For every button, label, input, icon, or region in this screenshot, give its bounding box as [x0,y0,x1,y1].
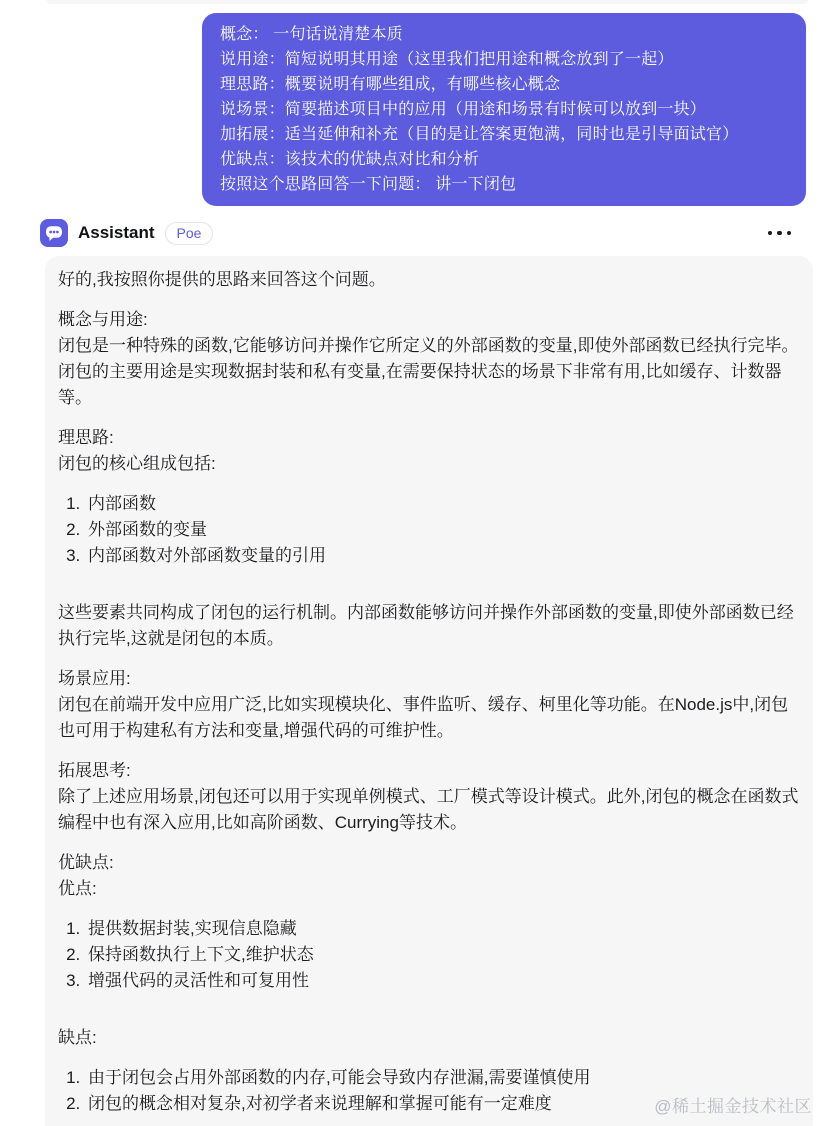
response-line: 理思路: [58,425,800,451]
response-paragraph: 理思路:闭包的核心组成包括: [58,425,800,477]
user-message-line: 说场景：简要描述项目中的应用（用途和场景有时候可以放到一块） [220,97,788,122]
response-list-item: 提供数据封装,实现信息隐藏 [85,916,800,942]
response-line: 这些要素共同构成了闭包的运行机制。内部函数能够访问并操作外部函数的变量,即使外部… [58,600,800,652]
user-message-line: 理思路：概要说明有哪些组成，有哪些核心概念 [220,72,788,97]
response-paragraph: 拓展思考:除了上述应用场景,闭包还可以用于实现单例模式、工厂模式等设计模式。此外… [58,758,800,836]
dot [777,231,782,236]
response-line: 缺点: [58,1025,800,1051]
user-message-line: 概念： 一句话说清楚本质 [220,22,788,47]
response-list-item: 内部函数 [85,491,800,517]
response-line: 好的,我按照你提供的思路来回答这个问题。 [58,267,800,293]
user-message-line: 说用途：简短说明其用途（这里我们把用途和概念放到了一起） [220,47,788,72]
previous-message-remnant [47,0,808,4]
user-message-line: 优缺点：该技术的优缺点对比和分析 [220,147,788,172]
response-list-item: 内部函数对外部函数变量的引用 [85,543,800,569]
response-paragraph: 概念与用途:闭包是一种特殊的函数,它能够访问并操作它所定义的外部函数的变量,即使… [58,307,800,411]
response-paragraph: 场景应用:闭包在前端开发中应用广泛,比如实现模块化、事件监听、缓存、柯里化等功能… [58,666,800,744]
user-message-line: 加拓展：适当延伸和补充（目的是让答案更饱满，同时也是引导面试官） [220,122,788,147]
response-list: 提供数据封装,实现信息隐藏保持函数执行上下文,维护状态增强代码的灵活性和可复用性 [58,916,800,994]
response-list-item: 保持函数执行上下文,维护状态 [85,942,800,968]
response-line: 闭包的核心组成包括: [58,451,800,477]
assistant-header: Assistant Poe [40,218,796,248]
response-list-item: 外部函数的变量 [85,517,800,543]
response-paragraph: 缺点: [58,1025,800,1051]
response-line: 闭包是一种特殊的函数,它能够访问并操作它所定义的外部函数的变量,即使外部函数已经… [58,333,800,411]
chat-page: 概念： 一句话说清楚本质说用途：简短说明其用途（这里我们把用途和概念放到了一起）… [0,0,820,1126]
response-list-item: 由于闭包会占用外部函数的内存,可能会导致内存泄漏,需要谨慎使用 [85,1065,800,1091]
response-line: 除了上述应用场景,闭包还可以用于实现单例模式、工厂模式等设计模式。此外,闭包的概… [58,784,800,836]
assistant-response-bubble: 好的,我按照你提供的思路来回答这个问题。概念与用途:闭包是一种特殊的函数,它能够… [45,256,813,1126]
more-options-icon[interactable] [766,225,794,242]
poe-chat-bubble-icon [40,219,68,247]
response-line: 优缺点: [58,850,800,876]
response-line: 优点: [58,876,800,902]
response-paragraph: 优缺点:优点: [58,850,800,902]
user-message-bubble: 概念： 一句话说清楚本质说用途：简短说明其用途（这里我们把用途和概念放到了一起）… [202,13,806,206]
response-line: 拓展思考: [58,758,800,784]
response-list: 内部函数外部函数的变量内部函数对外部函数变量的引用 [58,491,800,569]
dot [768,231,773,236]
watermark: @稀土掘金技术社区 [654,1092,812,1117]
response-line: 场景应用: [58,666,800,692]
assistant-name: Assistant [78,223,155,243]
response-paragraph: 好的,我按照你提供的思路来回答这个问题。 [58,267,800,293]
response-list-item: 增强代码的灵活性和可复用性 [85,968,800,994]
poe-badge[interactable]: Poe [165,222,214,245]
user-message-line: 按照这个思路回答一下问题： 讲一下闭包 [220,172,788,197]
response-paragraph: 这些要素共同构成了闭包的运行机制。内部函数能够访问并操作外部函数的变量,即使外部… [58,600,800,652]
response-line: 概念与用途: [58,307,800,333]
response-line: 闭包在前端开发中应用广泛,比如实现模块化、事件监听、缓存、柯里化等功能。在Nod… [58,692,800,744]
dot [787,231,792,236]
